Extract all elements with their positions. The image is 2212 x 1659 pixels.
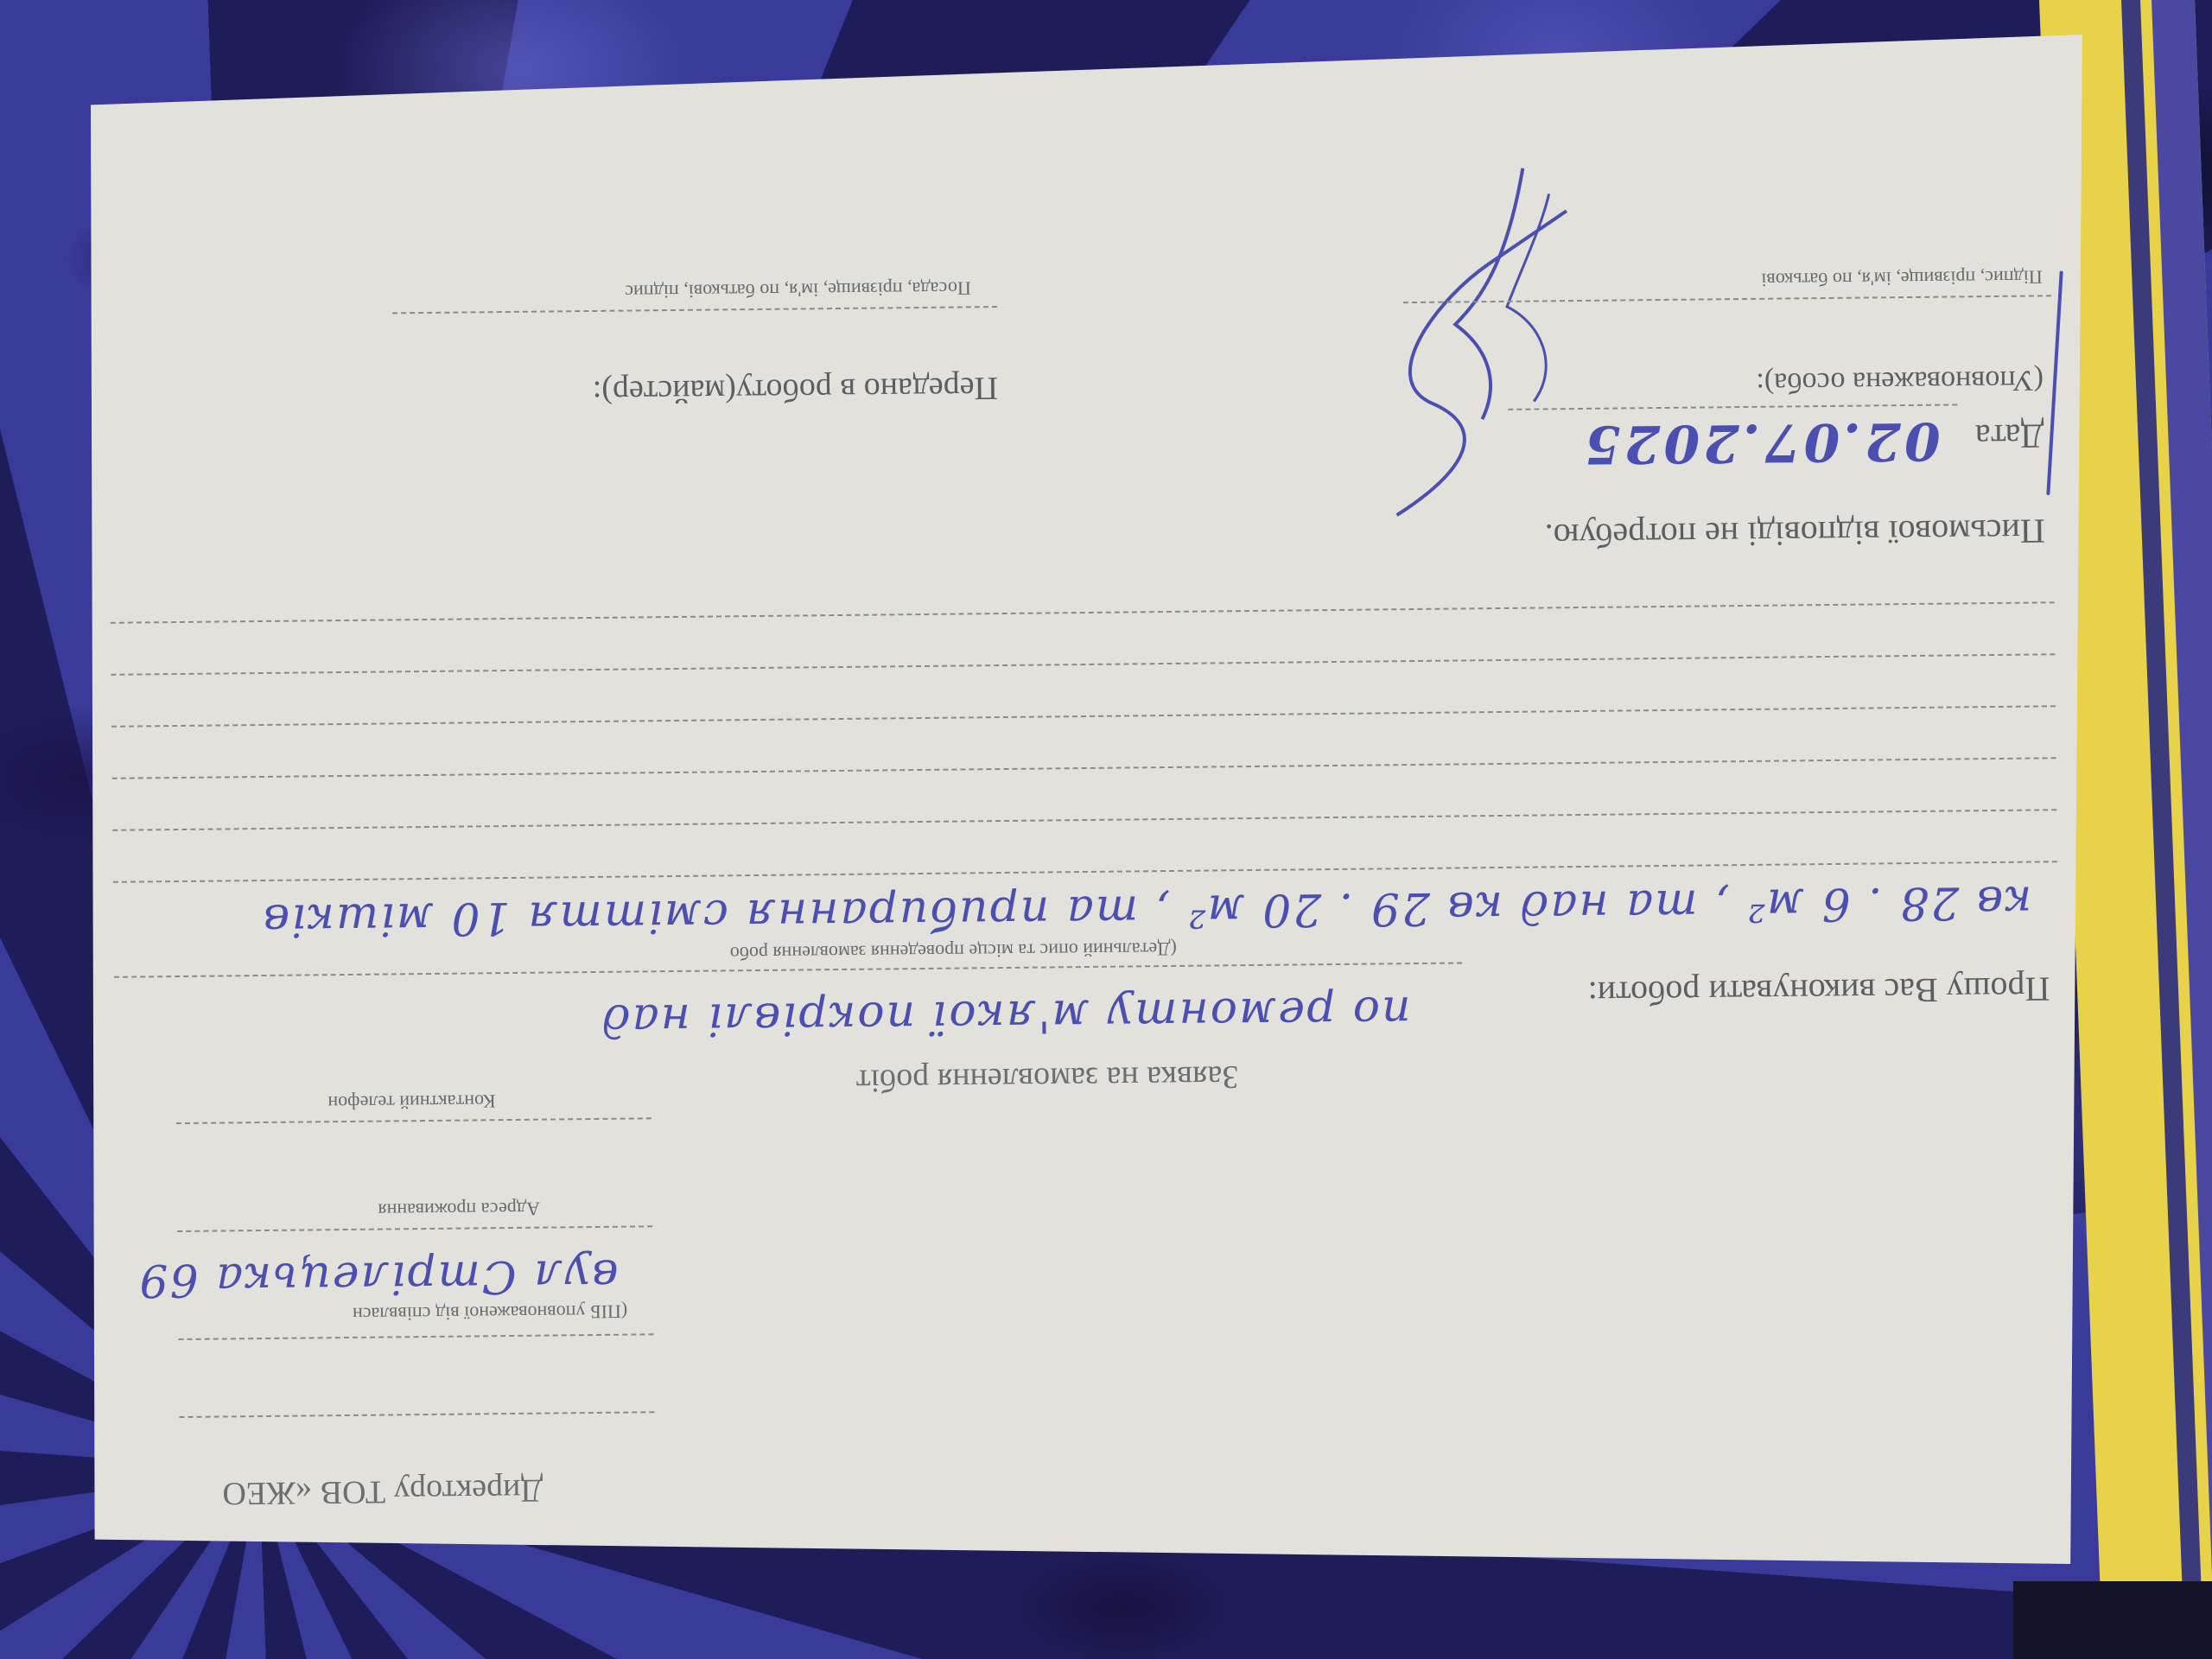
address-line	[177, 1225, 652, 1232]
work-line-6	[111, 653, 2055, 676]
work-line-7	[111, 601, 2055, 624]
phone-line	[176, 1117, 652, 1124]
work-description-caption: (Детальний опис та місце проведення замо…	[730, 938, 1177, 964]
request-form-paper: Директору ТОВ «ЖЕО (ПІБ уповноваженої ві…	[91, 35, 2082, 1564]
addressee-line	[179, 1411, 654, 1418]
date-label: Дата	[1975, 416, 2044, 457]
applicant-name-line	[178, 1333, 653, 1340]
date-handwritten: 02.07.2025	[1581, 410, 1941, 474]
form-title: Заявка на замовлення робіт	[856, 1058, 1239, 1100]
request-label-text: Прошу Вас виконувати робо	[1630, 969, 2050, 1013]
work-description-line-2: кв 28 . 6 м² , та над кв 29 . 20 м² , та…	[262, 876, 2032, 946]
authorized-signature-caption: Підпис, прізвище, ім'я, по батькові	[1761, 265, 2043, 290]
request-label-suffix: ти:	[1587, 974, 1630, 1014]
address-caption: Адреса проживання	[378, 1198, 540, 1222]
bracket-mark	[2046, 270, 2063, 495]
request-label: Прошу Вас виконувати роботи:	[1587, 969, 2050, 1014]
work-line-4	[112, 757, 2056, 779]
applicant-name-caption: (ПІБ уповноваженої від співвласн	[353, 1300, 627, 1325]
work-description-line-1: по ремонту м'якої покрівлі над	[600, 986, 1411, 1046]
request-form: Директору ТОВ «ЖЕО (ПІБ уповноваженої ві…	[83, 24, 2090, 1574]
no-written-reply: Письмової відповіді не потребую.	[1545, 511, 2045, 556]
signature-icon	[1367, 159, 1595, 524]
work-line-3	[112, 809, 2056, 831]
master-signature-line	[392, 306, 997, 314]
work-line-5	[111, 705, 2056, 728]
authorized-person-label: (Уповноважена особа):	[1756, 363, 2044, 398]
work-line-1	[114, 962, 1462, 977]
dark-shadow	[2013, 1581, 2212, 1659]
addressee: Директору ТОВ «ЖЕО	[222, 1471, 543, 1513]
address-handwritten: вул Стрілецька 69	[137, 1249, 619, 1306]
master-signature-caption: Посада, прізвище, ім'я, по батькові, під…	[625, 276, 971, 302]
phone-caption: Контактний телефон	[327, 1090, 496, 1114]
handed-to-master-label: Передано в роботу(майстер):	[593, 369, 999, 411]
